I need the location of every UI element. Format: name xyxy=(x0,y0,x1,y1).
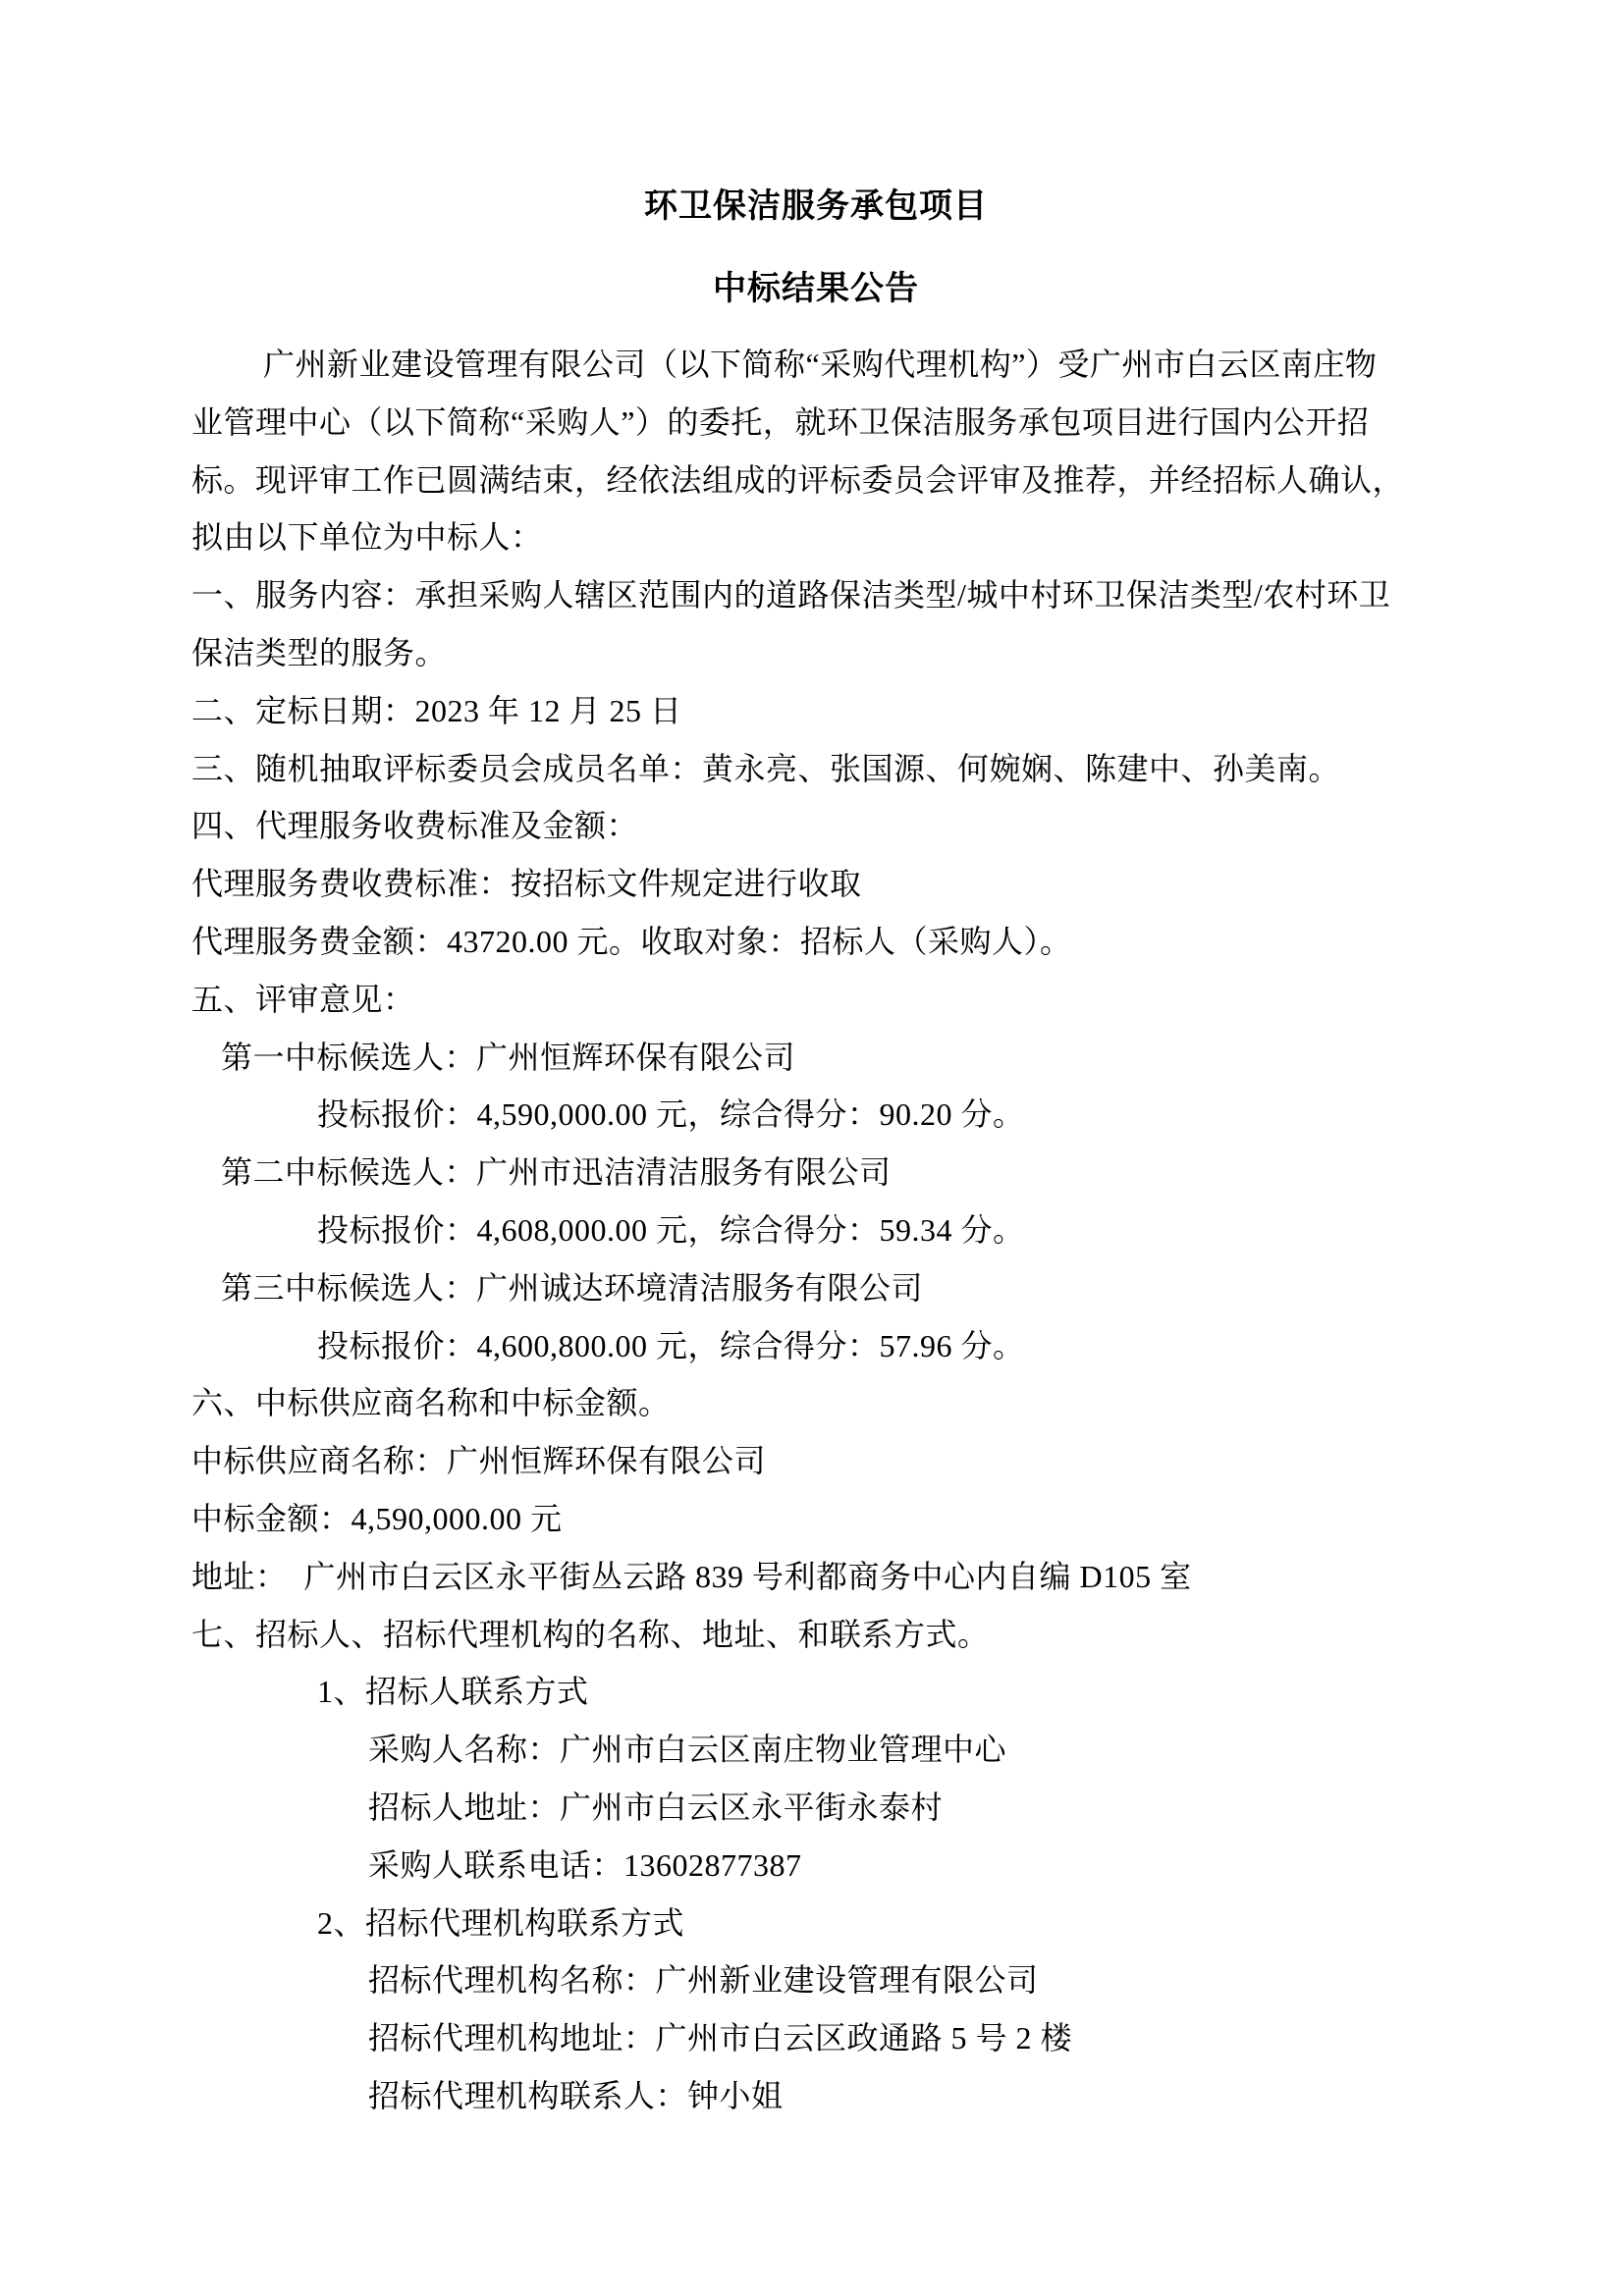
intro-paragraph-line2: 业管理中心（以下简称“采购人”）的委托，就环卫保洁服务承包项目进行国内公开招 xyxy=(191,394,1440,452)
section5-candidate1-bid: 投标报价：4,590,000.00 元，综合得分：90.20 分。 xyxy=(191,1086,1440,1144)
section5-candidate2-bid: 投标报价：4,608,000.00 元，综合得分：59.34 分。 xyxy=(191,1201,1440,1259)
section6-heading: 六、中标供应商名称和中标金额。 xyxy=(191,1374,1440,1432)
document-content: 环卫保洁服务承包项目 中标结果公告 广州新业建设管理有限公司（以下简称“采购代理… xyxy=(191,165,1440,2125)
section1-service-content-line1: 一、服务内容：承担采购人辖区范围内的道路保洁类型/城中村环卫保洁类型/农村环卫 xyxy=(191,566,1440,624)
section7-heading: 七、招标人、招标代理机构的名称、地址、和联系方式。 xyxy=(191,1606,1440,1664)
section7-purchaser-phone: 采购人联系电话：13602877387 xyxy=(191,1837,1440,1895)
intro-paragraph-line4: 拟由以下单位为中标人： xyxy=(191,508,1440,566)
section4-fee-standard: 代理服务费收费标准：按招标文件规定进行收取 xyxy=(191,855,1440,913)
section7-agency-name: 招标代理机构名称：广州新业建设管理有限公司 xyxy=(191,1951,1440,2009)
section6-award-amount: 中标金额：4,590,000.00 元 xyxy=(191,1490,1440,1548)
section3-committee-members: 三、随机抽取评标委员会成员名单：黄永亮、张国源、何婉娴、陈建中、孙美南。 xyxy=(191,740,1440,798)
section2-award-date: 二、定标日期：2023 年 12 月 25 日 xyxy=(191,682,1440,740)
section7-agency-address: 招标代理机构地址：广州市白云区政通路 5 号 2 楼 xyxy=(191,2009,1440,2067)
section5-heading: 五、评审意见： xyxy=(191,971,1440,1029)
section1-service-content-line2: 保洁类型的服务。 xyxy=(191,624,1440,682)
section7-item1-heading: 1、招标人联系方式 xyxy=(191,1663,1440,1721)
intro-paragraph-line1: 广州新业建设管理有限公司（以下简称“采购代理机构”）受广州市白云区南庄物 xyxy=(191,336,1440,394)
document-title-line1: 环卫保洁服务承包项目 xyxy=(191,165,1440,247)
section4-fee-amount: 代理服务费金额：43720.00 元。收取对象：招标人（采购人）。 xyxy=(191,913,1440,971)
section5-candidate3-name: 第三中标候选人：广州诚达环境清洁服务有限公司 xyxy=(191,1259,1440,1317)
section6-supplier-name: 中标供应商名称：广州恒辉环保有限公司 xyxy=(191,1432,1440,1490)
section7-tenderer-address: 招标人地址：广州市白云区永平街永泰村 xyxy=(191,1779,1440,1837)
document-title-line2: 中标结果公告 xyxy=(191,247,1440,330)
section7-item2-heading: 2、招标代理机构联系方式 xyxy=(191,1895,1440,1952)
section5-candidate2-name: 第二中标候选人：广州市迅洁清洁服务有限公司 xyxy=(191,1144,1440,1201)
section7-agency-contact: 招标代理机构联系人：钟小姐 xyxy=(191,2067,1440,2125)
intro-paragraph-line3: 标。现评审工作已圆满结束，经依法组成的评标委员会评审及推荐，并经招标人确认， xyxy=(191,452,1440,509)
section5-candidate1-name: 第一中标候选人：广州恒辉环保有限公司 xyxy=(191,1029,1440,1087)
section4-heading: 四、代理服务收费标准及金额： xyxy=(191,797,1440,855)
section7-purchaser-name: 采购人名称：广州市白云区南庄物业管理中心 xyxy=(191,1721,1440,1779)
document-body: 广州新业建设管理有限公司（以下简称“采购代理机构”）受广州市白云区南庄物 业管理… xyxy=(191,336,1440,2125)
document-page: 环卫保洁服务承包项目 中标结果公告 广州新业建设管理有限公司（以下简称“采购代理… xyxy=(0,0,1624,2296)
section5-candidate3-bid: 投标报价：4,600,800.00 元，综合得分：57.96 分。 xyxy=(191,1317,1440,1375)
section6-supplier-address: 地址： 广州市白云区永平街丛云路 839 号利都商务中心内自编 D105 室 xyxy=(191,1548,1440,1606)
